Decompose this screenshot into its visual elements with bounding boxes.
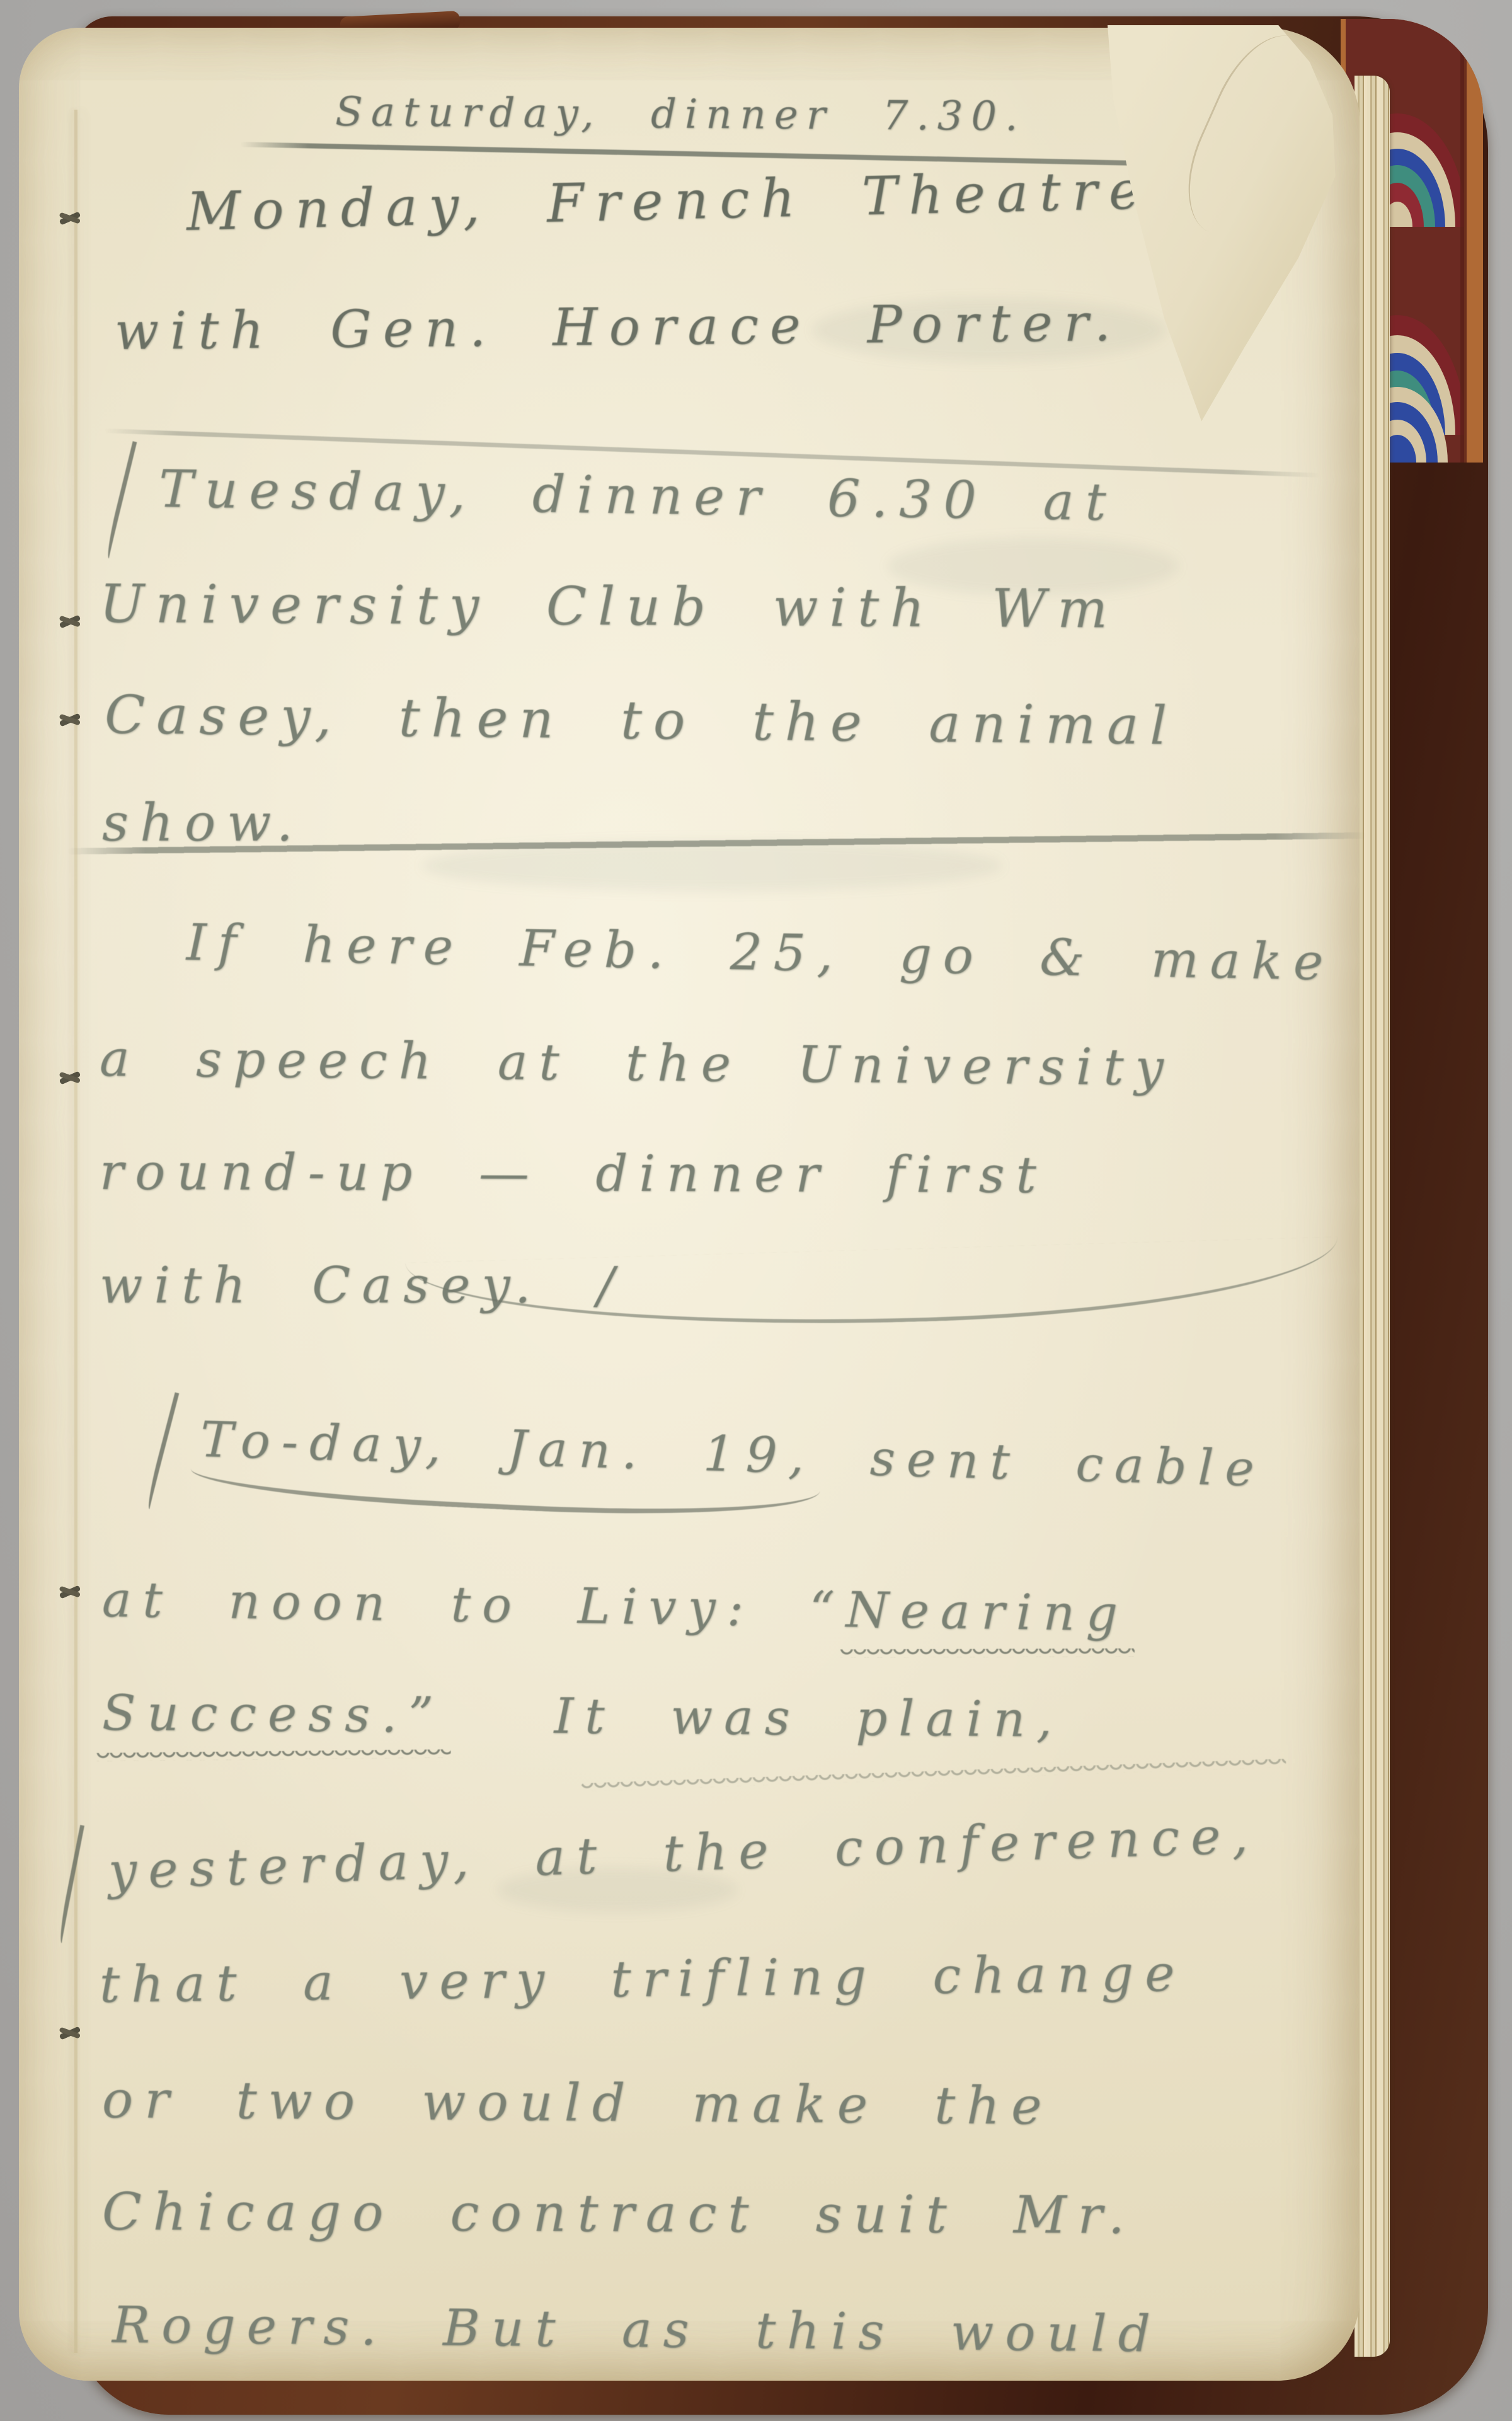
handwritten-line: at noon to Livy: “Nearing	[101, 1575, 1129, 1639]
handwritten-line: that a very trifling change	[100, 1948, 1186, 2010]
handwritten-line: Monday, French Theatre —	[186, 161, 1272, 238]
phrase: a speech at the University	[100, 1029, 1176, 1097]
phrase: round-up — dinner first	[100, 1142, 1048, 1204]
flourish-swoop	[405, 1237, 1339, 1336]
underlined-phrase: Success.”	[102, 1685, 445, 1744]
handwritten-line: Success.” It was plain,	[102, 1689, 1063, 1745]
phrase: Casey, then to the animal	[104, 684, 1178, 757]
phrase: that a very trifling change	[100, 1944, 1186, 2014]
underlined-phrase: Nearing	[845, 1582, 1130, 1642]
handwritten-line: a speech at the University	[100, 1033, 1175, 1093]
wavy-rule	[581, 1759, 1286, 1791]
handwritten-line: with Gen. Horace Porter.	[115, 297, 1123, 358]
phrase: Monday, French Theatre —	[186, 156, 1272, 243]
phrase: If here Feb. 25, go & make	[186, 913, 1335, 992]
underlined-phrase: To-day, Jan. 19,	[200, 1412, 816, 1485]
phrase: Tuesday, dinner 6.30 at	[158, 459, 1118, 532]
handwritten-line: To-day, Jan. 19, sent cable	[200, 1415, 1266, 1494]
handwritten-line: If here Feb. 25, go & make	[186, 917, 1335, 988]
handwritten-line: round-up — dinner first	[100, 1147, 1048, 1200]
handwritten-line: Tuesday, dinner 6.30 at	[158, 464, 1118, 529]
phrase: show.	[102, 793, 304, 853]
notebook-page: Saturday, dinner 7.30.Monday, French The…	[19, 28, 1360, 2381]
handwritten-line: Casey, then to the animal	[105, 688, 1179, 752]
phrase: It was plain,	[445, 1688, 1064, 1749]
phrase: sent cable	[815, 1429, 1266, 1498]
phrase: at noon to Livy: “	[101, 1572, 846, 1638]
phrase: or two would make the	[102, 2070, 1053, 2137]
phrase: Chicago contract suit Mr.	[102, 2182, 1136, 2246]
phrase: University Club with Wm	[100, 573, 1119, 640]
handwritten-line: Rogers. But as this would	[112, 2300, 1162, 2360]
handwritten-line: or two would make the	[102, 2074, 1053, 2133]
phrase: yesterday, at the conference,	[108, 1806, 1261, 1901]
handwritten-line: show.	[102, 798, 304, 849]
underlined-phrase: Saturday, dinner 7.30.	[335, 89, 1026, 141]
phrase: with Gen. Horace Porter.	[115, 293, 1123, 362]
handwritten-line: Chicago contract suit Mr.	[102, 2187, 1136, 2242]
handwritten-line: University Club with Wm	[100, 577, 1119, 635]
page-leaves-edge	[1354, 76, 1390, 2357]
handwritten-line: Saturday, dinner 7.30.	[335, 92, 1026, 137]
photograph-of-notebook: { "document": { "kind": "handwritten not…	[0, 0, 1512, 2421]
handwritten-line: yesterday, at the conference,	[108, 1810, 1260, 1897]
manuscript: Saturday, dinner 7.30.Monday, French The…	[63, 55, 1342, 2406]
phrase: Rogers. But as this would	[112, 2296, 1162, 2364]
